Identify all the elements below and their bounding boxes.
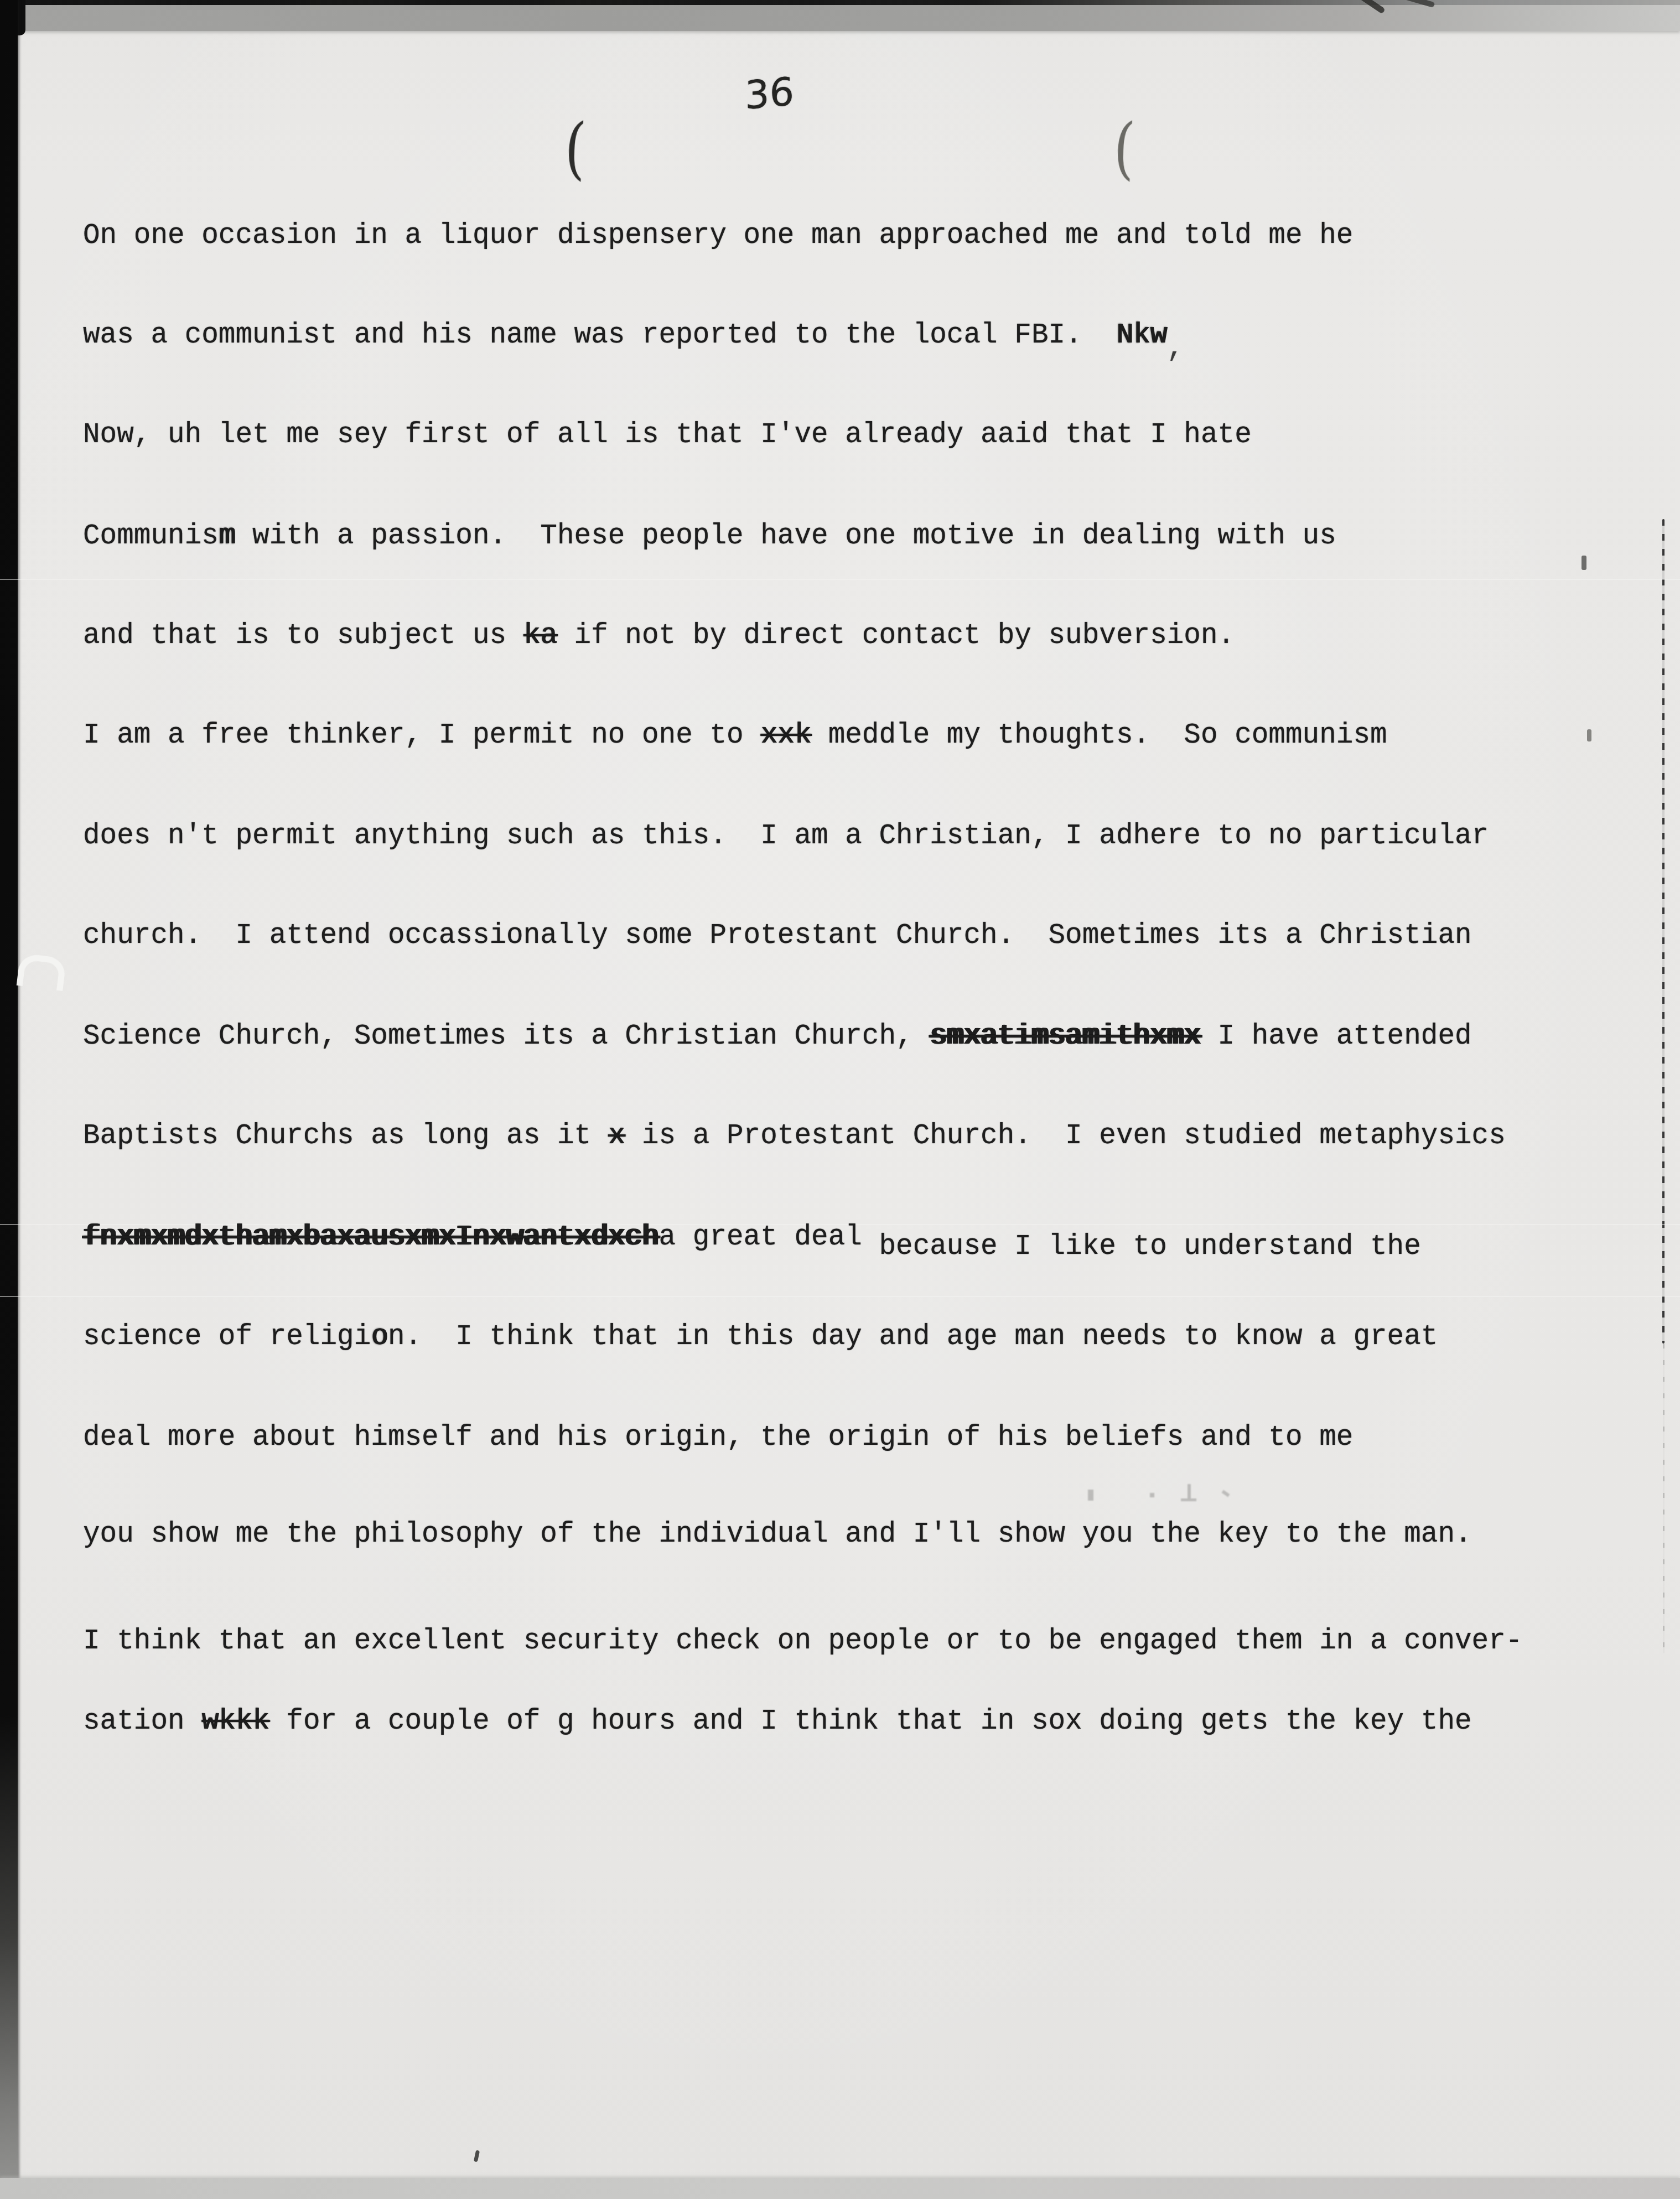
text-line-13: deal more about himself and his origin, … <box>83 1424 1353 1452</box>
text-line-3: Now, uh let me sey first of all is that … <box>83 421 1252 449</box>
text-segment: Nkw <box>1116 320 1167 351</box>
top-scan-band <box>0 4 1680 31</box>
text-segment: ka <box>523 620 557 652</box>
text-segment: I have attended <box>1201 1021 1472 1052</box>
text-segment: science of religi <box>83 1321 371 1353</box>
text-segment: does n't permit anything such as this. I… <box>83 821 1489 852</box>
bottom-scan-band <box>0 2178 1680 2199</box>
ghost-type-smudge <box>1083 1482 1249 1506</box>
ink-fleck <box>1582 556 1586 570</box>
scanned-page: 36 ( ( On one occasion in a liquor dispe… <box>0 0 1680 2199</box>
right-edge-streak <box>1662 519 1665 1344</box>
text-line-16: sation wkkk for a couple of g hours and … <box>83 1708 1472 1736</box>
ink-fleck-2 <box>1587 729 1591 741</box>
scan-line <box>0 579 1680 580</box>
text-line-9: Science Church, Sometimes its a Christia… <box>83 1023 1472 1051</box>
text-segment: Baptists Churchs as long as it <box>83 1121 608 1152</box>
handwritten-paren-left: ( <box>563 108 588 188</box>
text-line-1: On one occasion in a liquor dispensery o… <box>83 222 1353 250</box>
text-segment: was a communist and his name was reporte… <box>83 320 1116 351</box>
text-segment: deal more about himself and his origin, … <box>83 1422 1353 1454</box>
text-segment: On one occasion in a liquor dispensery o… <box>83 220 1353 252</box>
text-line-10: Baptists Churchs as long as it x is a Pr… <box>83 1122 1506 1150</box>
text-line-4: Communism with a passion. These people h… <box>83 522 1336 551</box>
text-line-7: does n't permit anything such as this. I… <box>83 822 1489 850</box>
right-edge-streak-faint <box>1663 1344 1665 1653</box>
text-segment: m <box>219 521 236 552</box>
text-line-2: was a communist and his name was reporte… <box>83 321 1184 350</box>
text-segment: is a Protestant Church. I even studied m… <box>625 1121 1505 1152</box>
text-line-12: science of religion. I think that in thi… <box>83 1323 1438 1351</box>
text-segment: , <box>1167 335 1184 363</box>
text-segment: smxatimsamithxmx <box>930 1021 1201 1052</box>
text-segment: n. I think that in this day and age man … <box>388 1321 1438 1353</box>
text-segment: because I like to understand the <box>862 1233 1421 1261</box>
text-segment: wkkk <box>201 1706 269 1738</box>
text-segment: sation <box>83 1706 201 1738</box>
text-line-8: church. I attend occassionally some Prot… <box>83 922 1472 950</box>
text-line-11: fnxmxmdxthamxbaxausxmxInxwantxdxcha grea… <box>83 1223 1421 1252</box>
text-segment: Now, uh let me sey first of all is that … <box>83 419 1252 451</box>
text-segment: I think that an excellent security check… <box>83 1626 1522 1657</box>
text-segment: meddle my thoughts. So communism <box>811 720 1387 751</box>
text-segment: Science Church, Sometimes its a Christia… <box>83 1021 930 1052</box>
ink-speck <box>474 2150 480 2162</box>
text-line-15: I think that an excellent security check… <box>83 1627 1522 1656</box>
handwritten-paren-right: ( <box>1112 108 1137 188</box>
text-segment: you show me the philosophy of the indivi… <box>83 1519 1472 1550</box>
text-segment: and that is to subject us <box>83 620 523 652</box>
page-number: 36 <box>744 69 794 118</box>
text-segment: o <box>371 1321 388 1353</box>
text-segment: x <box>608 1121 625 1152</box>
text-segment: xxk <box>760 720 811 751</box>
text-segment: church. I attend occassionally some Prot… <box>83 920 1472 952</box>
text-segment: for a couple of g hours and I think that… <box>269 1706 1472 1738</box>
text-segment: fnxmxmdxthamxbaxausxmxInxwantxdxch <box>83 1222 659 1253</box>
text-segment: I am a free thinker, I permit no one to <box>83 720 760 751</box>
scan-line <box>0 1296 1680 1297</box>
text-line-14: you show me the philosophy of the indivi… <box>83 1521 1472 1549</box>
text-segment: a great deal <box>659 1222 862 1253</box>
left-edge-shadow <box>0 0 18 2199</box>
text-segment: Communis <box>83 521 219 552</box>
text-line-5: and that is to subject us ka if not by d… <box>83 622 1235 650</box>
text-line-6: I am a free thinker, I permit no one to … <box>83 722 1387 750</box>
text-segment: with a passion. These people have one mo… <box>235 521 1336 552</box>
text-segment: if not by direct contact by subversion. <box>557 620 1235 652</box>
white-paper-flaw <box>17 953 67 991</box>
